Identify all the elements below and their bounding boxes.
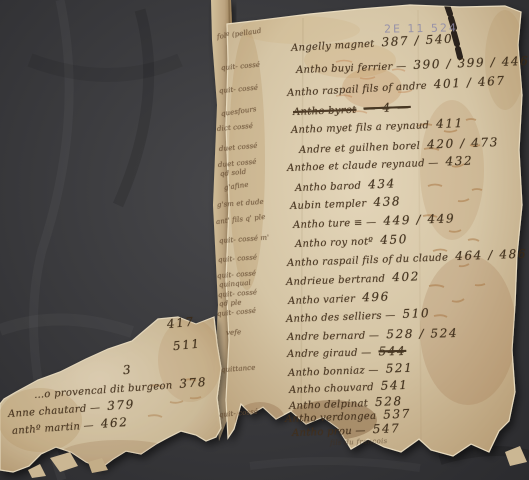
stain (158, 318, 222, 402)
archival-scan: 2E 11 524 folº (pellaudquit- cosséquit- … (0, 0, 529, 480)
manuscript-page (226, 5, 525, 456)
manuscript-artwork (0, 0, 529, 480)
stain (420, 100, 484, 240)
stain (235, 402, 285, 438)
stain (229, 30, 265, 290)
stain (304, 42, 396, 78)
stain (0, 388, 82, 452)
stain (485, 10, 525, 110)
stain (420, 255, 516, 405)
